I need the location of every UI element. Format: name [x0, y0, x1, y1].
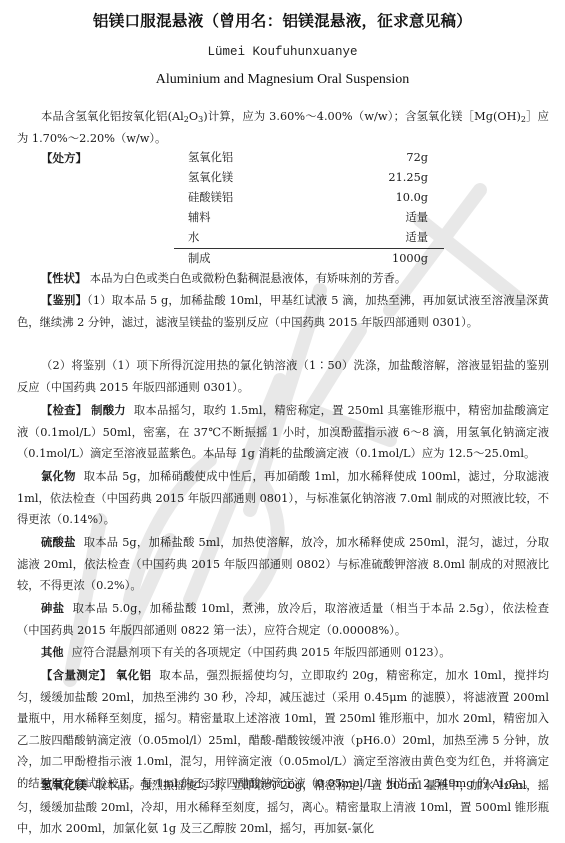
- intro-text: 本品含氢氧化铝按氧化铝(Al: [41, 110, 184, 123]
- identification-item-2-paragraph: （2）将鉴别（1）项下所得沉淀用热的氯化钠溶液（1∶50）洗涤，加盐酸溶解，溶液…: [17, 355, 549, 398]
- prescription-row: 氢氧化铝 72g: [174, 148, 444, 168]
- section-label-identification: 【鉴别】: [41, 294, 87, 307]
- ingredient-amount: 72g: [313, 148, 444, 168]
- section-label-tests: 【检查】: [41, 404, 87, 417]
- ingredient-name: 氢氧化铝: [174, 148, 313, 168]
- prescription-row: 辅料 适量: [174, 208, 444, 228]
- chloride-text: 取本品 5g，加稀硝酸使成中性后，再加硝酸 1ml，加水稀释使成 100ml，滤…: [17, 470, 549, 526]
- test-label-chloride: 氯化物: [41, 470, 76, 483]
- prescription-row: 氢氧化镁 21.25g: [174, 168, 444, 188]
- total-amount: 1000g: [313, 249, 444, 270]
- other-text: 应符合混悬剂项下有关的各项规定（中国药典 2015 年版四部通则 0123）。: [72, 646, 451, 659]
- test-label-arsenic: 砷盐: [41, 602, 65, 615]
- assay-label-alumina: 氧化铝: [116, 669, 151, 682]
- test-chloride: 氯化物取本品 5g，加稀硝酸使成中性后，再加硝酸 1ml，加水稀释使成 100m…: [17, 466, 549, 531]
- section-label-character: 【性状】: [41, 272, 86, 285]
- document-pinyin-name: Lümei Koufuhunxuanye: [0, 45, 565, 59]
- test-label-acid-neutralizing: 制酸力: [91, 404, 126, 417]
- sulfate-text: 取本品 5g，加稀盐酸 5ml，加热使溶解，放冷，加水稀释使成 250ml，混匀…: [17, 536, 549, 592]
- test-sulfate: 硫酸盐取本品 5g，加稀盐酸 5ml，加热使溶解，放冷，加水稀释使成 250ml…: [17, 532, 549, 597]
- ingredient-name: 水: [174, 228, 313, 249]
- assay-label-magnesium-hydroxide: 氢氧化镁: [41, 779, 87, 792]
- prescription-table: 氢氧化铝 72g 氢氧化镁 21.25g 硅酸镁铝 10.0g 辅料 适量 水 …: [174, 148, 444, 269]
- total-label: 制成: [174, 249, 313, 270]
- test-label-other: 其他: [41, 646, 64, 659]
- ingredient-name: 辅料: [174, 208, 313, 228]
- section-label-assay: 【含量测定】: [41, 669, 112, 682]
- prescription-total-row: 制成 1000g: [174, 249, 444, 270]
- magnesium-hydroxide-text: 取本品，强烈振摇使均匀，立即取约 20g，精密称定，置 200ml 量瓶中，加水…: [17, 779, 549, 835]
- assay-magnesium-hydroxide: 氢氧化镁取本品，强烈振摇使均匀，立即取约 20g，精密称定，置 200ml 量瓶…: [17, 775, 549, 840]
- test-label-sulfate: 硫酸盐: [41, 536, 76, 549]
- ingredient-amount: 适量: [313, 208, 444, 228]
- identification-item-1: （1）取本品 5 g，加稀盐酸 10ml，甲基红试液 5 滴，加热至沸，再加氨试…: [17, 294, 549, 329]
- intro-text: O: [189, 110, 198, 123]
- ingredient-name: 硅酸镁铝: [174, 188, 313, 208]
- character-text: 本品为白色或类白色或微粉色黏稠混悬液体，有矫味剂的芳香。: [90, 272, 406, 285]
- section-character: 【性状】 本品为白色或类白色或微粉色黏稠混悬液体，有矫味剂的芳香。: [17, 268, 549, 290]
- identification-item-2: （2）将鉴别（1）项下所得沉淀用热的氯化钠溶液（1∶50）洗涤，加盐酸溶解，溶液…: [17, 359, 549, 394]
- document-title: 铝镁口服混悬液（曾用名：铝镁混悬液，征求意见稿）: [0, 9, 565, 31]
- arsenic-text: 取本品 5.0g，加稀盐酸 10ml，煮沸，放冷后，取溶液适量（相当于本品 2.…: [17, 602, 549, 637]
- section-identification: 【鉴别】（1）取本品 5 g，加稀盐酸 10ml，甲基红试液 5 滴，加热至沸，…: [17, 290, 549, 333]
- content-intro-paragraph: 本品含氢氧化铝按氧化铝(Al2O3)计算，应为 3.60%～4.00%（w/w）…: [17, 106, 549, 149]
- document-english-name: Aluminium and Magnesium Oral Suspension: [0, 72, 565, 88]
- test-arsenic: 砷盐取本品 5.0g，加稀盐酸 10ml，煮沸，放冷后，取溶液适量（相当于本品 …: [17, 598, 549, 641]
- prescription-row: 硅酸镁铝 10.0g: [174, 188, 444, 208]
- prescription-label: 【处方】: [41, 150, 87, 166]
- ingredient-amount: 21.25g: [313, 168, 444, 188]
- intro-text: )计算，应为 3.60%～4.00%（w/w）；含氢氧化镁［Mg(OH): [203, 110, 521, 123]
- prescription-row: 水 适量: [174, 228, 444, 249]
- ingredient-name: 氢氧化镁: [174, 168, 313, 188]
- alumina-text: 取本品，强烈振摇使均匀，立即取约 20g，精密称定，加水 10ml，搅拌均匀，缓…: [17, 669, 549, 790]
- section-tests: 【检查】 制酸力取本品摇匀，取约 1.5ml，精密称定，置 250ml 具塞锥形…: [17, 400, 549, 465]
- ingredient-amount: 10.0g: [313, 188, 444, 208]
- test-other: 其他应符合混悬剂项下有关的各项规定（中国药典 2015 年版四部通则 0123）…: [17, 642, 549, 664]
- ingredient-amount: 适量: [313, 228, 444, 249]
